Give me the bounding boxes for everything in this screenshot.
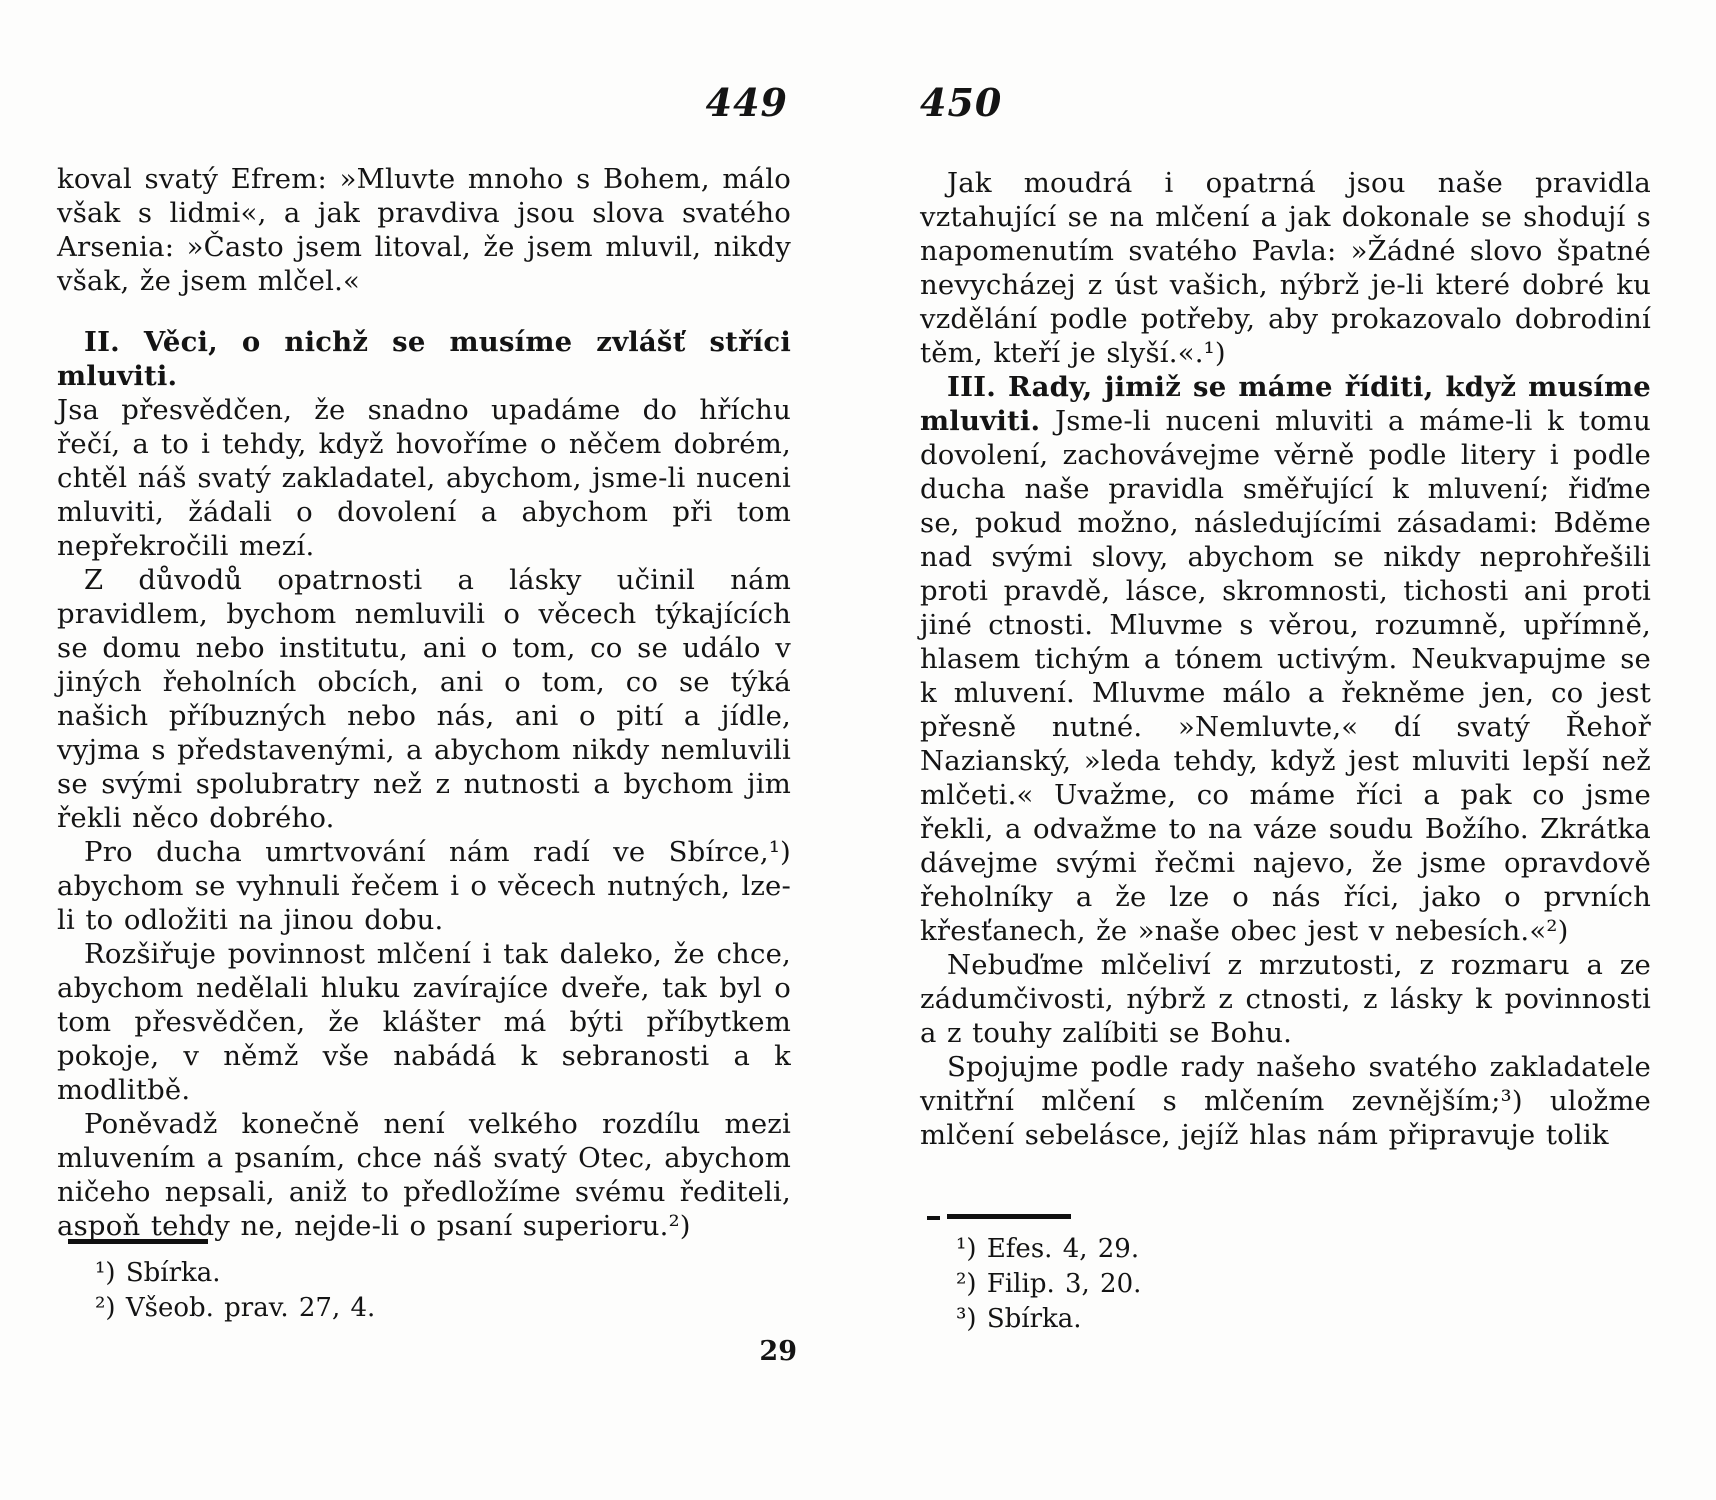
section-heading: II. Věci, o nichž se musíme zvlášť stříc… [57, 325, 791, 393]
paragraph-text: Jsme-li nuceni mluviti a máme-li k tomu … [920, 405, 1651, 947]
footnote: ¹) Efes. 4, 29. [956, 1232, 1141, 1267]
paragraph: Spojujme podle rady našeho svatého zakla… [920, 1050, 1651, 1152]
paragraph: Pro ducha umrtvování nám radí ve Sbírce,… [57, 835, 791, 937]
footnotes-left: ¹) Sbírka.²) Všeob. prav. 27, 4. [95, 1256, 375, 1326]
paragraph: Z důvodů opatrnosti a lásky učinil nám p… [57, 563, 791, 835]
footnote-separator-left [68, 1239, 208, 1244]
paragraph: Rozšiřuje povinnost mlčení i tak daleko,… [57, 937, 791, 1107]
footnote: ²) Filip. 3, 20. [956, 1267, 1141, 1302]
footnote: ²) Všeob. prav. 27, 4. [95, 1291, 375, 1326]
footnote-separator-right-dash [927, 1216, 940, 1220]
paragraph-with-inline-heading: III. Rady, jimiž se máme říditi, když mu… [920, 370, 1651, 948]
paragraph: Nebuďme mlčeliví z mrzutosti, z rozmaru … [920, 948, 1651, 1050]
footnotes-right: ¹) Efes. 4, 29.²) Filip. 3, 20.³) Sbírka… [956, 1232, 1141, 1337]
paragraph: koval svatý Efrem: »Mluvte mnoho s Bohem… [57, 162, 791, 298]
paragraph: Jak moudrá i opatrná jsou naše pravidla … [920, 166, 1651, 370]
signature-mark: 29 [57, 1336, 797, 1367]
page-number-right: 450 [920, 80, 1002, 125]
footnote: ³) Sbírka. [956, 1302, 1141, 1337]
footnote: ¹) Sbírka. [95, 1256, 375, 1291]
left-page-text-column: koval svatý Efrem: »Mluvte mnoho s Bohem… [57, 162, 791, 1243]
right-page-text-column: Jak moudrá i opatrná jsou naše pravidla … [920, 166, 1651, 1152]
paragraph: Jsa přesvědčen, že snadno upadáme do hří… [57, 393, 791, 563]
page-number-left: 449 [57, 80, 788, 125]
footnote-separator-right [947, 1214, 1071, 1219]
book-spread: 449 450 koval svatý Efrem: »Mluvte mnoho… [0, 0, 1716, 1500]
paragraph: Poněvadž konečně není velkého rozdílu me… [57, 1107, 791, 1243]
